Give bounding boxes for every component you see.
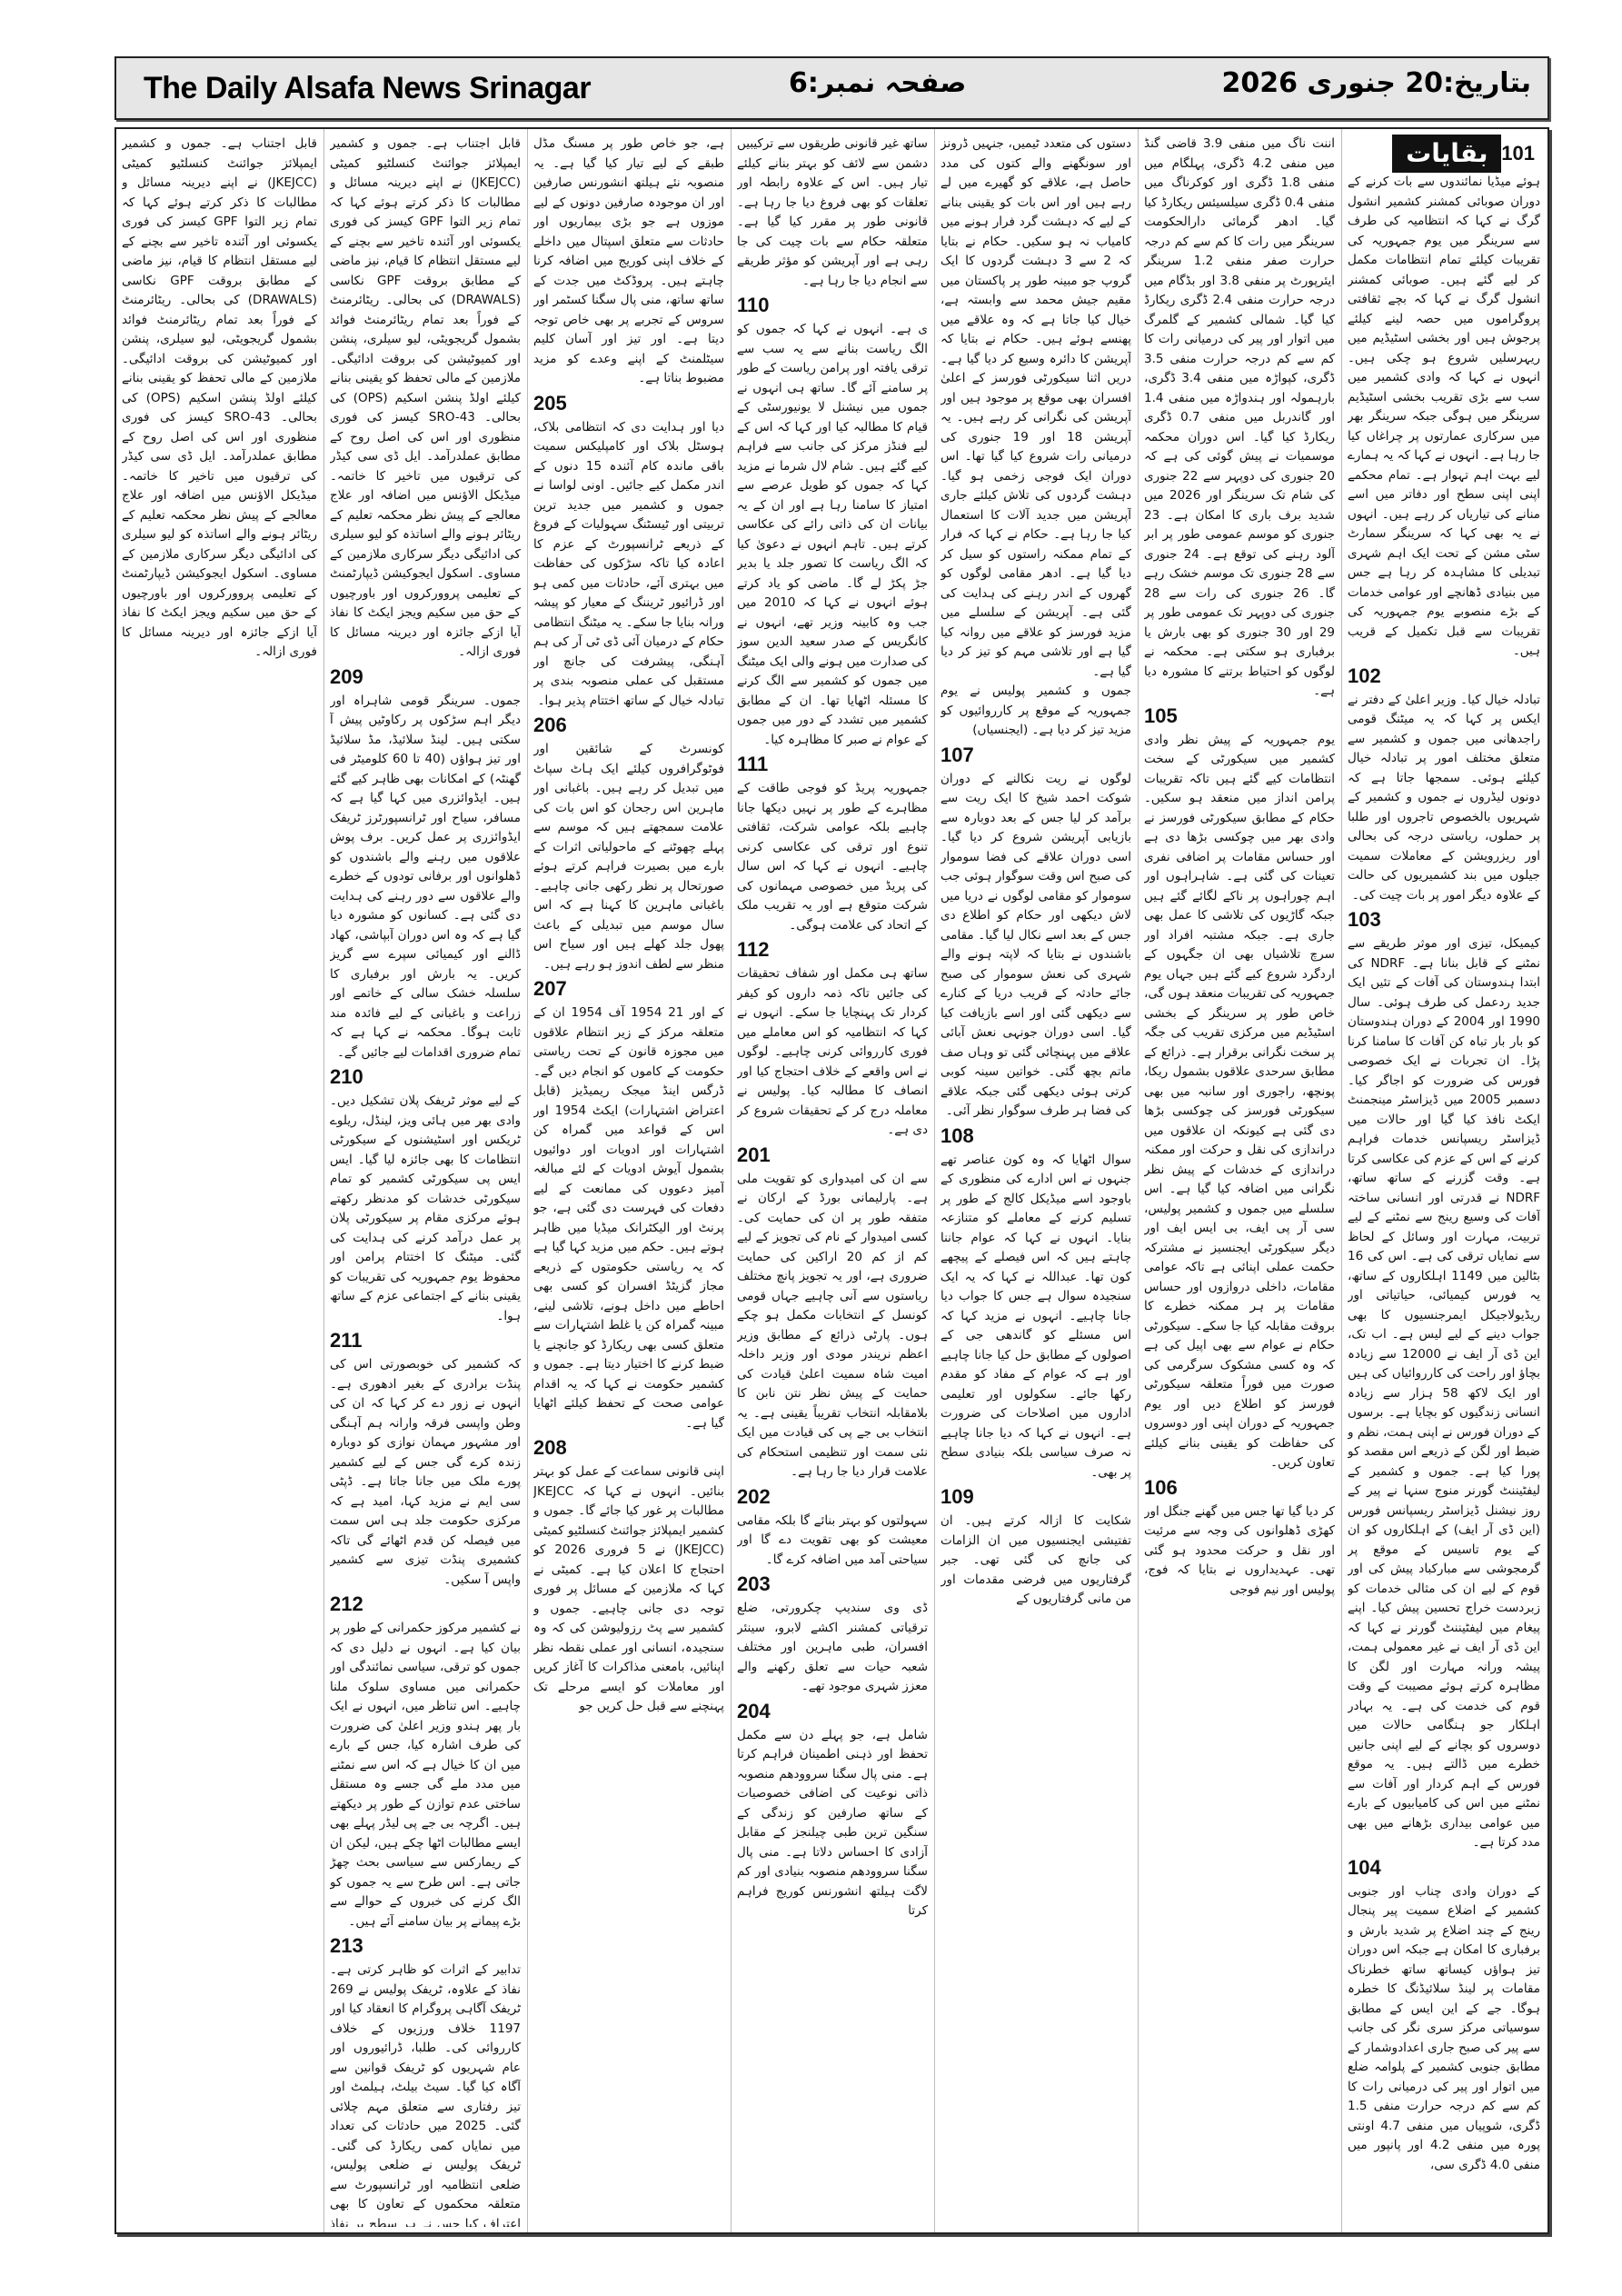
column-5: ہے، جو خاص طور پر مسنگ مڈل طبقے کے لیے ت…	[533, 135, 724, 2227]
column-divider	[1138, 129, 1139, 2232]
article-text: ہے، جو خاص طور پر مسنگ مڈل طبقے کے لیے ت…	[533, 135, 724, 389]
article-text: ی ہے۔ انہوں نے کہا کہ جموں کو الگ ریاست …	[737, 320, 928, 750]
section-number: 208	[533, 1435, 724, 1461]
continuations-banner: بقایات	[1392, 135, 1501, 173]
article-text: جمہوریہ پریڈ کو فوجی طاقت کے مظاہرے کے ط…	[737, 779, 928, 935]
section-number: 106	[1144, 1475, 1335, 1501]
article-text: سوال اٹھایا کہ وہ کون عناصر تھے جنہوں نے…	[940, 1151, 1131, 1483]
issue-date: بتاریخ:20 جنوری 2026	[1221, 67, 1531, 99]
article-text: جموں و کشمیر پولیس نے یوم جمہوریہ کے موق…	[940, 682, 1131, 741]
column-divider	[731, 129, 731, 2232]
section-number: 107	[940, 743, 1131, 768]
article-text: تبادلہ خیال کیا۔ وزیر اعلیٰ کے دفتر نے ا…	[1348, 691, 1540, 906]
article-text: کے اور 21 1954 آف 1954 ان کے متعلقہ مرکز…	[533, 1003, 724, 1433]
section-number: 201	[737, 1143, 928, 1168]
section-number: 213	[330, 1933, 521, 1959]
column-divider	[1341, 129, 1342, 2232]
column-1: بقایات 101 ہوئے میڈیا نمائندوں سے بات کر…	[1348, 135, 1540, 2227]
article-text: کہ کشمیر کی خوبصورتی اس کی پنڈت برادری ک…	[330, 1355, 521, 1590]
article-text: دستوں کی متعدد ٹیمیں، جنہیں ڈرونز اور سو…	[940, 135, 1131, 682]
article-text: دیا اور ہدایت دی کہ انتظامی بلاک، ہوسٹل …	[533, 418, 724, 712]
column-2: اننت ناگ میں منفی 3.9 قاضی گنڈ میں منفی …	[1144, 135, 1335, 2227]
article-text: یوم جمہوریہ کے پیش نظر وادی کشمیر میں سی…	[1144, 731, 1335, 1473]
article-text: ہوئے میڈیا نمائندوں سے بات کرنے کے دوران…	[1348, 173, 1540, 662]
article-text: اپنی قانونی سماعت کے عمل کو بہتر بنائیں۔…	[533, 1462, 724, 1717]
article-text: سہولتوں کو بہتر بنائے گا بلکہ مقامی معیش…	[737, 1512, 928, 1571]
article-text: جموں۔ سرینگر قومی شاہراہ اور دیگر اہم سڑ…	[330, 692, 521, 1063]
article-text: شکایت کا ازالہ کرتے ہیں۔ ان تفتیشی ایجنس…	[940, 1512, 1131, 1610]
page-number: صفحہ نمبر:6	[789, 67, 966, 99]
article-text: قابل اجتناب ہے۔ جموں و کشمیر ایمپلائز جو…	[330, 135, 521, 663]
article-text: نے کشمیر مرکوز حکمرانی کے طور پر بیان کی…	[330, 1619, 521, 1932]
newspaper-title: The Daily Alsafa News Srinagar	[144, 71, 591, 106]
continuations-header: بقایات 101	[1348, 135, 1540, 173]
section-number: 207	[533, 976, 724, 1002]
column-3: دستوں کی متعدد ٹیمیں، جنہیں ڈرونز اور سو…	[940, 135, 1131, 2227]
article-text: ڈی وی سندیپ چکرورتی، ضلع ترقیاتی کمشنر ا…	[737, 1599, 928, 1697]
article-text: کے لیے موثر ٹریفک پلان تشکیل دیں۔ وادی ب…	[330, 1092, 521, 1326]
section-number: 108	[940, 1123, 1131, 1149]
section-number: 211	[330, 1328, 521, 1353]
article-text: کیمیکل، تیزی اور موثر طریقے سے نمٹنے کے …	[1348, 934, 1540, 1853]
section-number: 111	[737, 752, 928, 777]
article-text: شامل ہے، جو پہلے دن سے مکمل تحفظ اور ذہن…	[737, 1726, 928, 1922]
article-text: کونسرٹ کے شائقین اور فوٹوگرافروں کیلئے ا…	[533, 740, 724, 974]
section-number: 104	[1348, 1855, 1540, 1881]
masthead: The Daily Alsafa News Srinagar صفحہ نمبر…	[114, 56, 1549, 120]
column-divider	[323, 129, 324, 2232]
section-number: 205	[533, 391, 724, 416]
section-number: 102	[1348, 664, 1540, 689]
column-divider	[527, 129, 528, 2232]
article-text: تدابیر کے اثرات کو ظاہر کرتی ہے۔ نفاذ کے…	[330, 1961, 521, 2227]
section-number: 204	[737, 1699, 928, 1724]
article-text: قابل اجتناب ہے۔ جموں و کشمیر ایمپلائز جو…	[122, 135, 317, 663]
section-number: 112	[737, 937, 928, 963]
section-number: 210	[330, 1064, 521, 1090]
section-number: 101	[1501, 141, 1535, 166]
article-text: کر دیا گیا تھا جس میں گھنے جنگل اور کھڑی…	[1144, 1502, 1335, 1601]
article-text: سے ان کی امیدواری کو تقویت ملی ہے۔ پارلی…	[737, 1170, 928, 1482]
article-text: ساتھ ہی مکمل اور شفاف تحقیقات کی جائیں ت…	[737, 964, 928, 1141]
column-6: قابل اجتناب ہے۔ جموں و کشمیر ایمپلائز جو…	[330, 135, 521, 2227]
column-7: قابل اجتناب ہے۔ جموں و کشمیر ایمپلائز جو…	[122, 135, 317, 2227]
article-text: لوگوں نے ریت نکالنے کے دوران شوکت احمد ش…	[940, 770, 1131, 1122]
section-number: 206	[533, 713, 724, 738]
section-number: 209	[330, 664, 521, 690]
article-text: ساتھ غیر قانونی طریقوں سے ترکیبیں دشمن س…	[737, 135, 928, 291]
column-divider	[934, 129, 935, 2232]
section-number: 110	[737, 293, 928, 318]
section-number: 212	[330, 1592, 521, 1617]
content-area: بقایات 101 ہوئے میڈیا نمائندوں سے بات کر…	[114, 127, 1549, 2234]
section-number: 203	[737, 1572, 928, 1597]
article-text: اننت ناگ میں منفی 3.9 قاضی گنڈ میں منفی …	[1144, 135, 1335, 702]
article-text: کے دوران وادی چناب اور جنوبی کشمیر کے اض…	[1348, 1882, 1540, 2176]
column-4: ساتھ غیر قانونی طریقوں سے ترکیبیں دشمن س…	[737, 135, 928, 2227]
section-number: 105	[1144, 704, 1335, 729]
section-number: 109	[940, 1484, 1131, 1510]
section-number: 103	[1348, 907, 1540, 933]
section-number: 202	[737, 1484, 928, 1510]
